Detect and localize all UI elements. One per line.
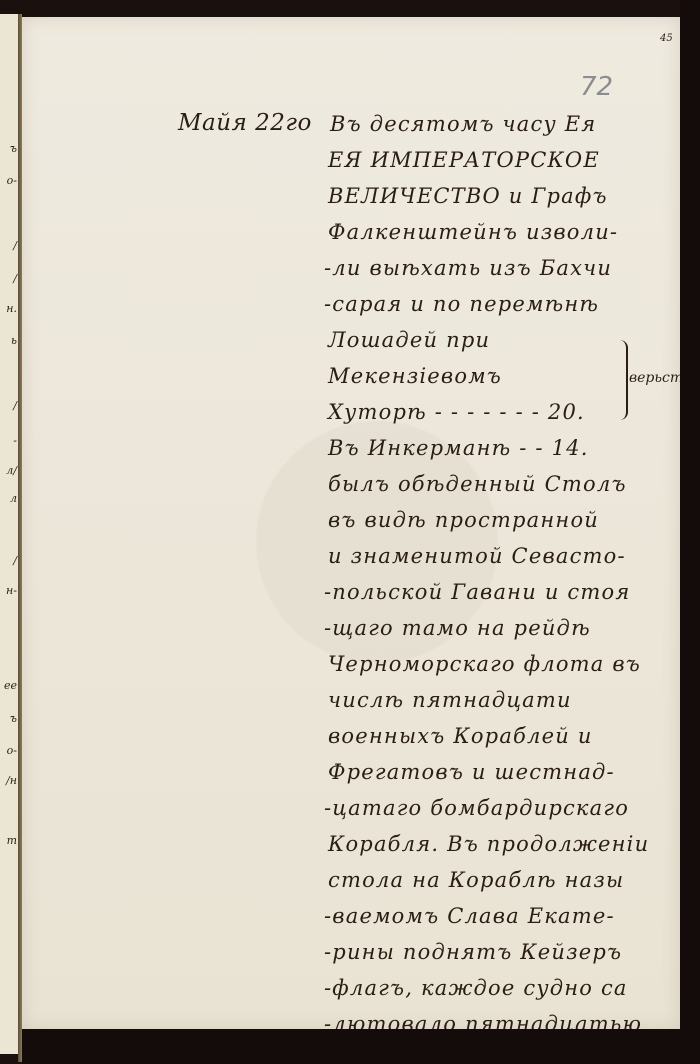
text-line: былъ обѣденный Столъ [328,472,627,496]
scan-background-bottom [22,1029,682,1064]
text-line: -ли выѣхать изъ Бахчи [324,256,612,280]
text-line: -флагъ, каждое судно са [324,976,628,1000]
text-line: числѣ пятнадцати [328,688,572,712]
marginal-date: Майя 22го [178,110,312,136]
facing-page-edge: ъ о- / / н. ь / - л/ л / н- ее ъ о- /н т [0,14,20,1054]
text-line: -польской Гавани и стоя [324,580,630,604]
text-line: -ваемомъ Слава Екате- [324,904,615,928]
text-line: Лошадей при [328,328,490,352]
facing-page-fragment: о- [7,174,17,187]
facing-page-fragment: / [13,239,17,252]
facing-page-fragment: т [7,834,17,847]
text-line: въ видѣ пространной [328,508,599,532]
facing-page-fragment: ъ [10,142,17,155]
text-line: Черноморскаго флота въ [328,652,641,676]
scan-background-right [680,0,700,1064]
facing-page-fragment: /н [6,774,17,787]
folio-number: 45 [660,33,673,44]
text-line: военныхъ Кораблей и [328,724,593,748]
distance-bracket [618,340,628,420]
text-line: Въ Инкерманѣ - - 14. [328,436,589,460]
facing-page-fragment: л [10,492,17,505]
facing-page-fragment: ь [11,334,17,347]
text-line: Въ десятомъ часу Ея [330,112,596,136]
text-line: -цатаго бомбардирскаго [324,796,629,820]
facing-page-fragment: н- [6,584,17,597]
text-line: ЕЯ ИМПЕРАТОРСКОЕ [328,148,600,172]
text-line: -рины поднятъ Кейзеръ [324,940,622,964]
facing-page-fragment: н. [6,302,17,315]
text-line: Фалкенштейнъ изволи- [328,220,618,244]
text-line: ВЕЛИЧЕСТВО и Графъ [328,184,608,208]
facing-page-fragment: / [13,554,17,567]
text-line: Фрегатовъ и шестнад- [328,760,615,784]
facing-page-fragment: ее [4,679,17,692]
facing-page-fragment: - [13,434,17,447]
facing-page-fragment: л/ [6,464,17,477]
facing-page-fragment: ъ [10,712,17,725]
pencil-page-number: 72 [580,72,613,102]
facing-page-fragment: / [13,399,17,412]
text-line: стола на Кораблѣ назы [328,868,624,892]
text-line: Хуторѣ - - - - - - - 20. [328,400,585,424]
text-line: и знаменитой Севасто- [328,544,626,568]
facing-page-fragment: / [13,272,17,285]
text-line: -щаго тамо на рейдѣ [324,616,591,640]
text-line: -сарая и по перемѣнѣ [324,292,599,316]
text-line: Корабля. Въ продолженiи [328,832,649,856]
text-line: Мекензiевомъ [328,364,502,388]
facing-page-fragment: о- [7,744,17,757]
